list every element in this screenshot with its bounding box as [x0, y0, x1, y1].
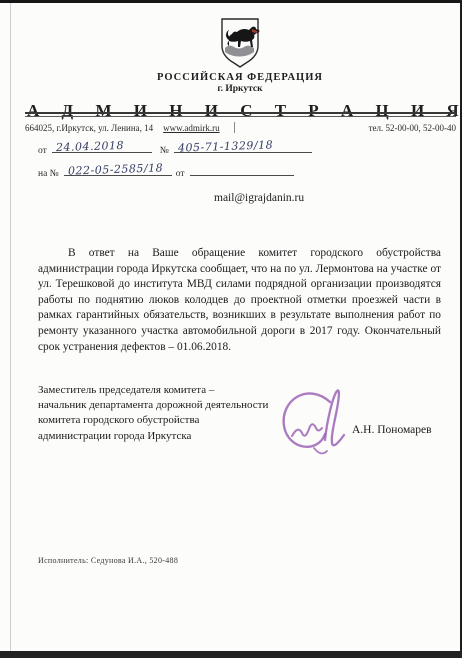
signer-name: А.Н. Пономарев [352, 424, 432, 436]
number-blank: 405-71-1329/18 [174, 140, 312, 153]
phone-numbers: тел. 52-00-00, 52-00-40 [369, 123, 456, 133]
scanned-letter-page: РОССИЙСКАЯ ФЕДЕРАЦИЯ г. Иркутск А Д М И … [0, 0, 462, 658]
incoming-ref-row: на № 022-05-2585/18 от [38, 163, 312, 179]
letterhead-country: РОССИЙСКАЯ ФЕДЕРАЦИЯ [18, 72, 462, 83]
letterhead-org-title: А Д М И Н И С Т Р А Ц И Я [18, 101, 462, 121]
postal-address: 664025, г.Иркутск, ул. Ленина, 14 [25, 123, 153, 133]
contact-divider [234, 122, 235, 133]
date-blank: 24.04.2018 [52, 140, 152, 153]
irkutsk-coat-of-arms-icon [216, 16, 264, 70]
recipient-email: mail@igrajdanin.ru [214, 192, 304, 204]
from-label: от [38, 146, 47, 156]
signer-title-line: администрации города Иркутска [38, 429, 268, 444]
outgoing-ref-row: от 24.04.2018 № 405-71-1329/18 [38, 140, 312, 156]
scan-edge-left [10, 3, 11, 651]
handwritten-signature-icon [270, 378, 354, 470]
website-link: www.admirk.ru [163, 123, 219, 133]
executor-note: Исполнитель: Седунова И.А., 520-488 [38, 556, 178, 565]
re-date-blank [190, 163, 294, 176]
letterhead: РОССИЙСКАЯ ФЕДЕРАЦИЯ г. Иркутск А Д М И … [18, 0, 462, 121]
re-number-blank: 022-05-2585/18 [64, 163, 172, 176]
reference-block: от 24.04.2018 № 405-71-1329/18 на № 022-… [38, 140, 312, 186]
letterhead-city: г. Иркутск [18, 84, 462, 94]
signer-title-block: Заместитель председателя комитета – нача… [38, 383, 268, 444]
handwritten-number: 405-71-1329/18 [178, 138, 274, 154]
scan-edge-bottom [0, 651, 462, 658]
signer-title-line: Заместитель председателя комитета – [38, 383, 268, 398]
signer-title-line: комитета городского обустройства [38, 413, 268, 428]
handwritten-re-number: 022-05-2585/18 [68, 161, 164, 177]
letter-body-paragraph: В ответ на Ваше обращение комитет городс… [38, 246, 441, 355]
number-label: № [160, 146, 169, 156]
re-number-label: на № [38, 169, 59, 179]
letterhead-double-rule [25, 112, 456, 117]
contact-row: 664025, г.Иркутск, ул. Ленина, 14 www.ad… [25, 120, 456, 133]
handwritten-date: 24.04.2018 [56, 139, 124, 154]
re-from-label: от [176, 169, 185, 179]
signer-title-line: начальник департамента дорожной деятельн… [38, 398, 268, 413]
